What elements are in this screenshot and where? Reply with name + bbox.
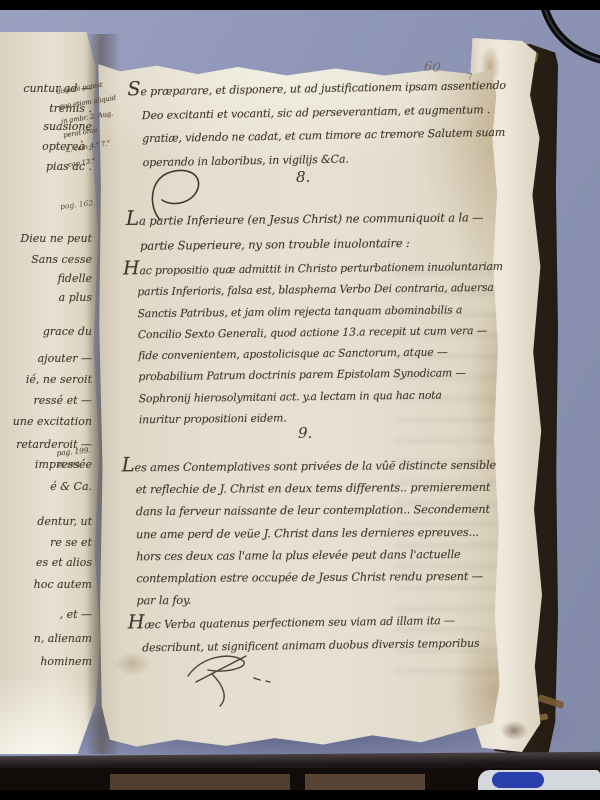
floor-under-table: [0, 768, 600, 790]
paragraph-latin-2: Hac propositio quæ admittit in Christo p…: [137, 255, 505, 431]
manuscript-line: dans la ferveur naissante de leur contem…: [136, 499, 497, 524]
paragraph-french-1: La partie Inferieure (en Jesus Christ) n…: [140, 204, 484, 259]
end-flourish-mark: [168, 648, 278, 712]
manuscript-line: inuritur propositioni eidem.: [139, 405, 505, 431]
manuscript-line: probabilium Patrum doctrinis parem Epist…: [138, 362, 504, 388]
manuscript-line: La partie Inferieure (en Jesus Christ) n…: [126, 204, 484, 234]
manuscript-line: contemplation estre occupée de Jesus Chr…: [136, 566, 497, 591]
paragraph-french-2: Les ames Contemplatives sont privées de …: [135, 453, 497, 613]
floor-tile: [305, 774, 425, 790]
paragraph-latin-1: Se præparare, et disponere, ut ad justif…: [141, 73, 507, 174]
floor-tile: [110, 774, 290, 790]
manuscript-line: hors ces deux cas l'ame la plus elevée p…: [136, 544, 497, 569]
handwriting-layer: disponi potest quo etiam aliquid in ambr…: [0, 10, 600, 790]
manuscript-line: et reflechie de J. Christ en deux tems d…: [136, 477, 497, 502]
margin-note-pag-162: pag. 162.: [60, 198, 96, 211]
manuscript-line: une ame perd de veüe J. Christ dans les …: [136, 521, 497, 546]
section-number-9: 9.: [298, 424, 312, 442]
margin-citation-top: disponi potest quo etiam aliquid in ambr…: [55, 76, 126, 173]
blue-object: [492, 772, 544, 788]
power-cable: [530, 10, 600, 80]
manuscript-line: partie Superieure, ny son trouble inuolo…: [140, 230, 484, 259]
photo-area: cuntur ad — tremis . suasione optereà . …: [0, 10, 600, 790]
margin-note-line: et seq.: [57, 457, 92, 472]
margin-note-pag-199: pag. 199. et seq.: [56, 445, 92, 472]
section-number-8: 8.: [296, 168, 310, 186]
manuscript-line: Les ames Contemplatives sont privées de …: [121, 453, 496, 480]
photo-of-manuscript: cuntur ad — tremis . suasione optereà . …: [0, 0, 600, 800]
